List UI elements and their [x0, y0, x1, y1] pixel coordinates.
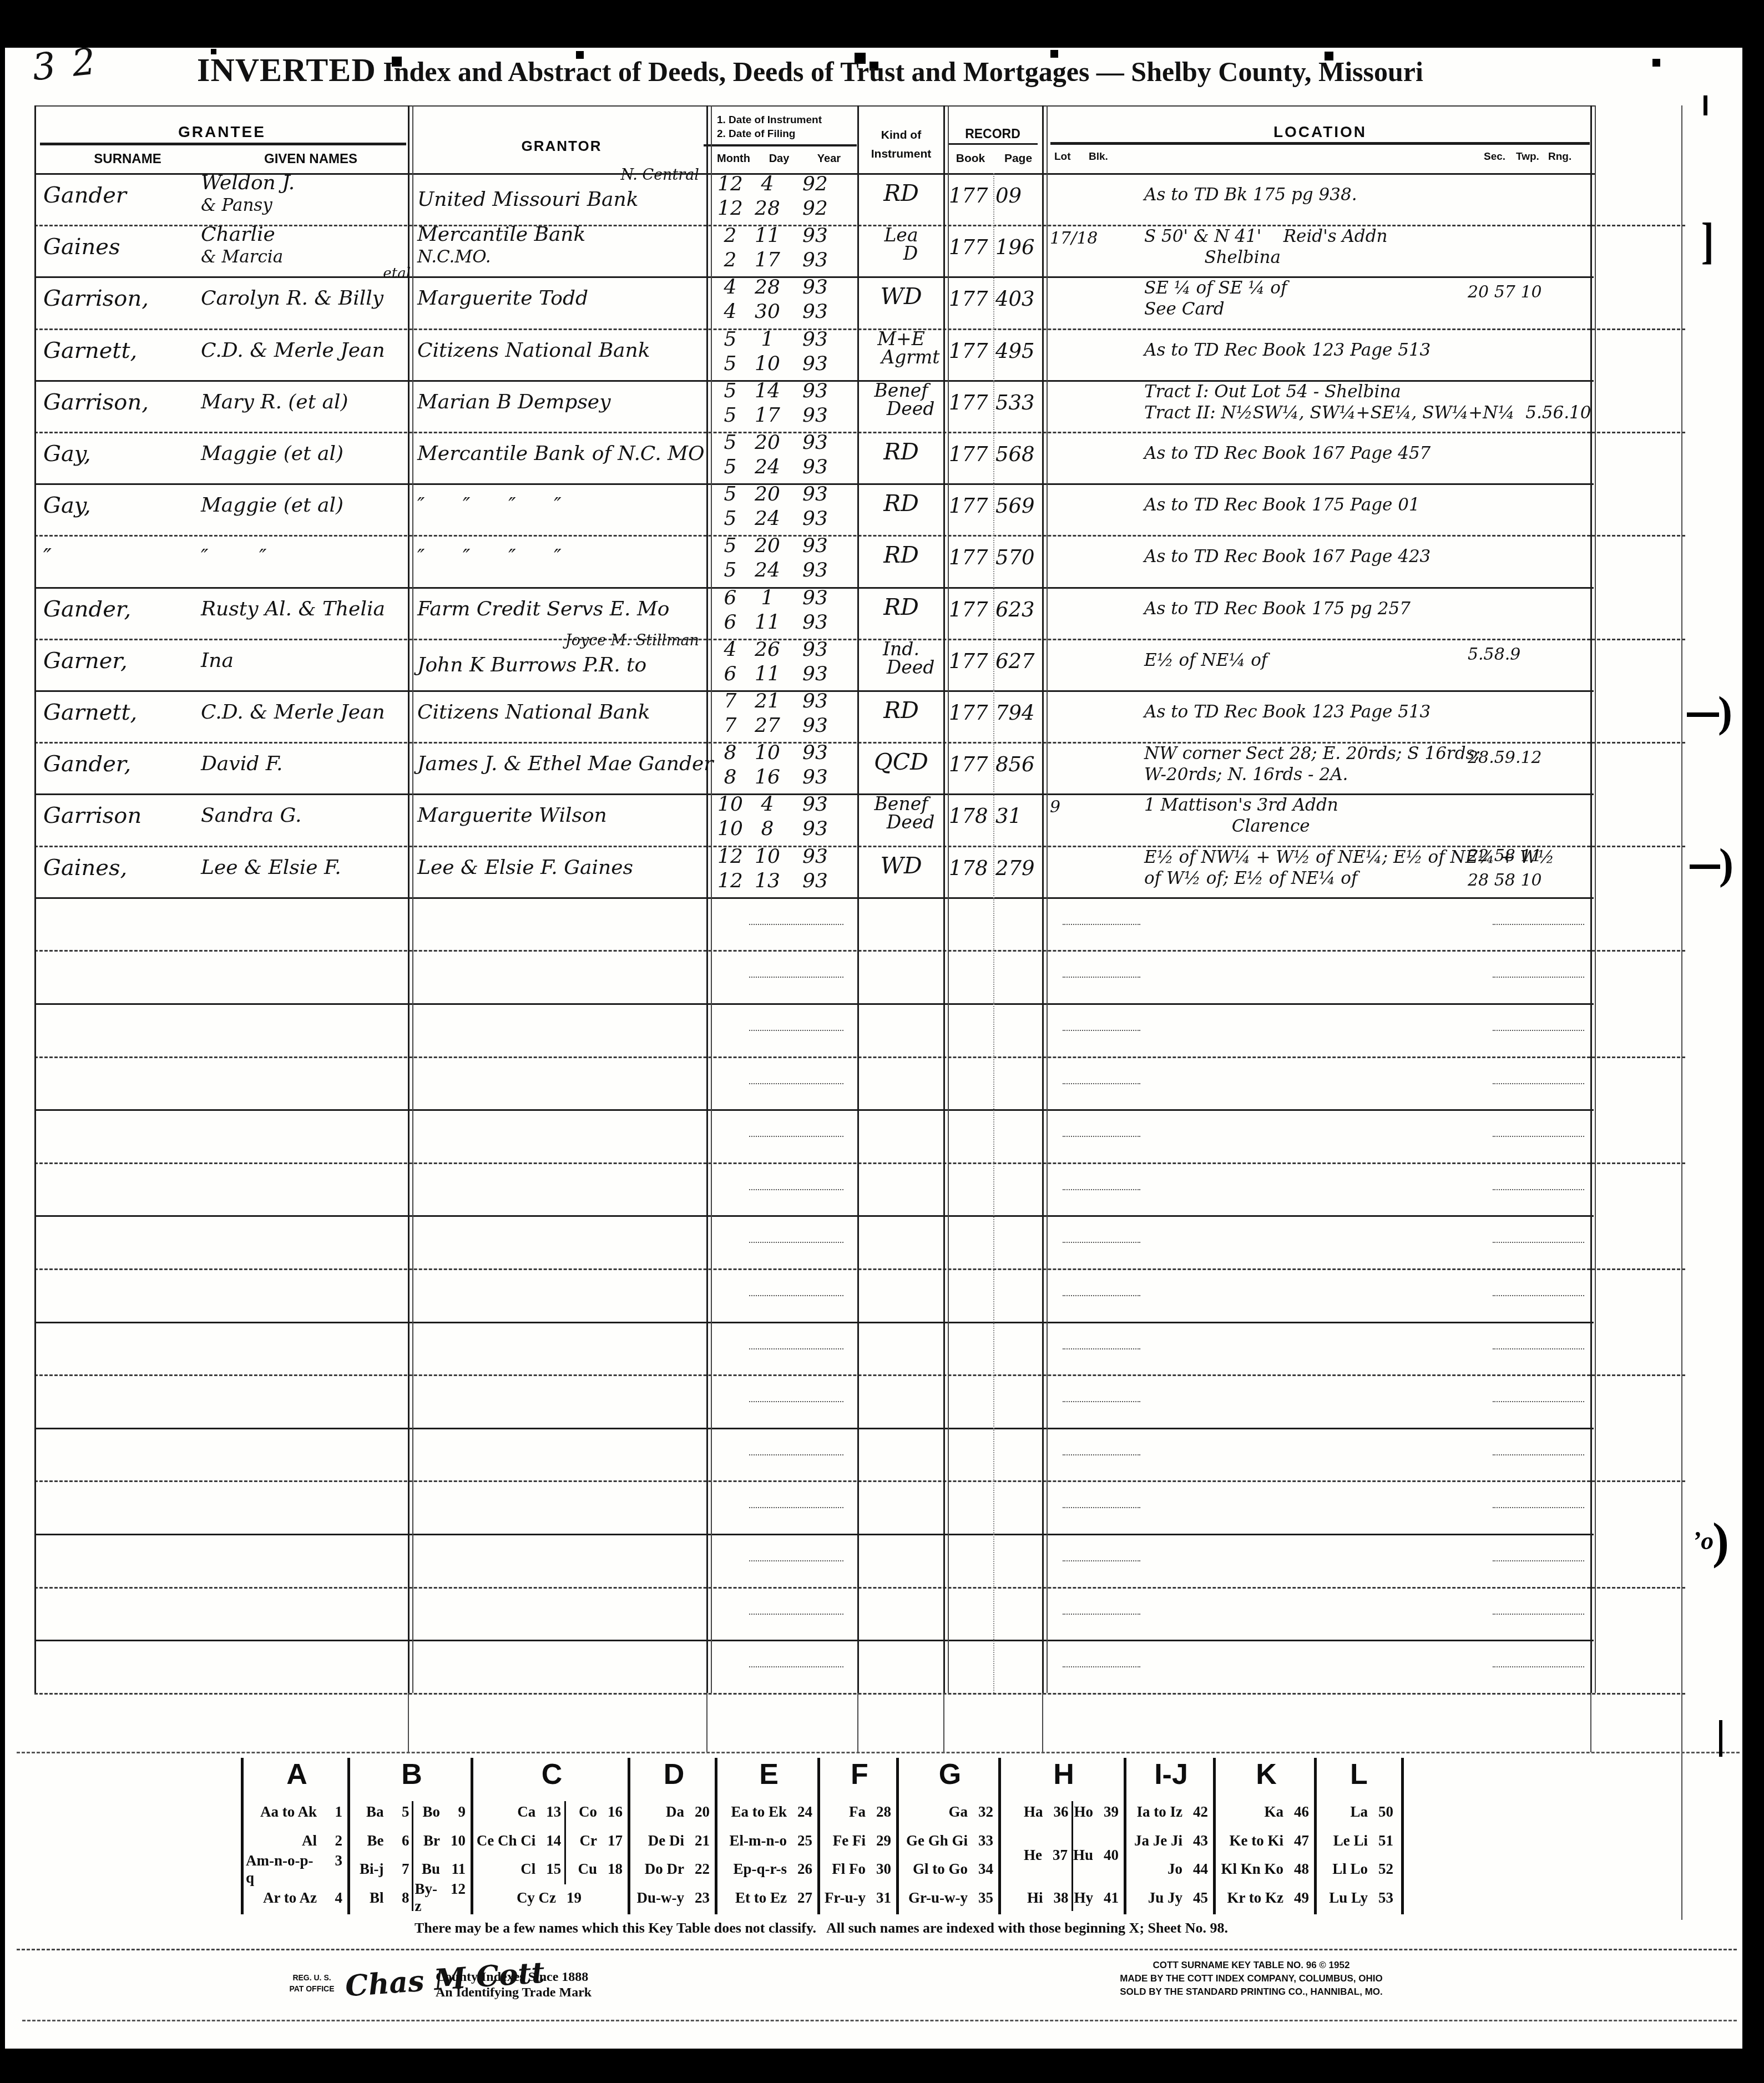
key-range: El-m-n-o — [730, 1832, 787, 1849]
key-range: Du-w-y — [637, 1889, 685, 1907]
key-number: 25 — [792, 1832, 812, 1849]
date-year: 93 — [787, 226, 843, 246]
key-number: 45 — [1188, 1889, 1208, 1907]
date-of-instrument: 51493 — [713, 381, 843, 401]
key-table-top-rule — [17, 1752, 1740, 1753]
kind-line: D — [879, 244, 942, 262]
header-year: Year — [806, 153, 852, 165]
sec-line: 5.58.9 — [1468, 646, 1590, 663]
key-range: Et to Ez — [735, 1889, 787, 1907]
key-number: 41 — [1099, 1889, 1119, 1907]
date-day: 8 — [747, 819, 787, 839]
key-table-cell: Am-n-o-p-q3 — [246, 1852, 348, 1887]
key-table-cell: Bu11 — [415, 1860, 471, 1878]
row-leader-dots — [1493, 977, 1584, 978]
grantor-line: Farm Credit Servs E. Mo — [417, 587, 707, 619]
key-table-letter: L — [1317, 1758, 1401, 1799]
record-book: 178 — [949, 793, 992, 826]
ledger-entry-row: GainesCharlie& MarciaMercantile BankN.C.… — [0, 225, 1764, 277]
kind-line: Benef — [860, 380, 942, 400]
date-year: 93 — [787, 536, 843, 556]
date-of-instrument: 81093 — [713, 743, 843, 763]
grantor-line: N.C.MO. — [417, 249, 707, 266]
location-cell: As to TD Rec Book 175 Page 01 — [1144, 483, 1477, 514]
row-leader-dots — [1063, 977, 1140, 978]
date-day: 28 — [747, 277, 787, 297]
location-line: of W½ of; E½ of NE¼ of — [1144, 870, 1477, 887]
key-table-subdivider — [1071, 1801, 1073, 1911]
key-table-cell: Du-w-y23 — [633, 1889, 715, 1907]
row-leader-dots — [1063, 1348, 1140, 1349]
key-table-cell: Ll Lo52 — [1319, 1860, 1399, 1878]
key-range: Fa — [849, 1803, 866, 1821]
grantor-name: Mercantile BankN.C.MO. — [417, 225, 707, 266]
key-table-cell: Ea to Ek24 — [720, 1803, 818, 1821]
key-table-row: Fl Fo30 — [822, 1856, 897, 1882]
date-year: 93 — [787, 302, 843, 322]
key-table-row: Fe Fi29 — [822, 1828, 897, 1854]
grantee-given-names: Lee & Elsie F. — [201, 846, 407, 878]
date-year: 93 — [787, 847, 843, 867]
key-number: 5 — [390, 1803, 410, 1821]
header-book: Book — [949, 152, 992, 165]
ledger-entry-row: GanderWeldon J.& PansyN. CentralUnited M… — [0, 173, 1764, 225]
date-day: 16 — [747, 767, 787, 787]
tm-line1: County Indexes Since 1888 — [436, 1970, 588, 1985]
key-range: Kl Kn Ko — [1221, 1860, 1283, 1878]
key-number: 43 — [1188, 1832, 1208, 1849]
kind-of-instrument: M+EAgrmt — [860, 328, 942, 366]
grantor-name: Citizens National Bank — [417, 690, 707, 722]
date-month: 10 — [713, 819, 747, 839]
date-day: 1 — [747, 588, 787, 608]
key-table-cell: Ce Ch Ci14 — [476, 1832, 567, 1849]
date-month: 4 — [713, 302, 747, 322]
key-range: Fl Fo — [832, 1860, 866, 1878]
kind-line: Deed — [879, 658, 942, 676]
printer-line2: MADE BY THE COTT INDEX COMPANY, COLUMBUS… — [1079, 1973, 1423, 1984]
grantee-given-line: David F. — [201, 742, 407, 774]
kind-line: Deed — [879, 813, 942, 831]
date-day: 4 — [747, 795, 787, 815]
reg-line2: PAT OFFICE — [284, 1984, 340, 1993]
location-line: See Card — [1144, 301, 1477, 318]
row-leader-dots — [1063, 1030, 1140, 1031]
key-table-row: Et to Ez27 — [720, 1885, 818, 1911]
header-page: Page — [997, 152, 1040, 165]
key-table-cell: Bl8 — [352, 1889, 415, 1907]
grantee-surname: Garrison, — [43, 276, 201, 310]
date-month: 7 — [713, 691, 747, 711]
date-day: 27 — [747, 716, 787, 736]
key-table-subdivider — [412, 1801, 413, 1911]
page-title-emphasis: INVERTED — [197, 52, 376, 88]
key-table-cell: Hu40 — [1073, 1847, 1124, 1864]
key-table-subdivider — [564, 1801, 566, 1884]
key-table-cell: Ba5 — [352, 1803, 415, 1821]
date-day: 4 — [747, 174, 787, 194]
grantee-given-names: Maggie (et al) — [201, 483, 407, 515]
key-range: Ce Ch Ci — [477, 1832, 536, 1849]
key-table-row: La50 — [1319, 1799, 1399, 1825]
date-of-filing: 52493 — [713, 560, 843, 580]
grantee-given-line: Lee & Elsie F. — [201, 846, 407, 878]
kind-line: RD — [860, 432, 942, 463]
row-leader-dots — [749, 1614, 843, 1615]
date-year: 93 — [787, 871, 843, 891]
key-number: 35 — [973, 1889, 993, 1907]
key-number: 13 — [541, 1803, 561, 1821]
key-number: 14 — [541, 1832, 561, 1849]
row-leader-dots — [1493, 1348, 1584, 1349]
date-day: 10 — [747, 354, 787, 374]
kind-of-instrument: RD — [860, 432, 942, 463]
location-cell: 1 Mattison's 3rd Addn Clarence — [1144, 793, 1477, 835]
key-number: 6 — [390, 1832, 410, 1849]
date-of-filing: 52493 — [713, 457, 843, 477]
key-number: 16 — [603, 1803, 623, 1821]
key-range: Jo — [1167, 1860, 1182, 1878]
scan-edge-top — [0, 0, 1764, 48]
key-table-cell: Ho39 — [1074, 1803, 1124, 1821]
row-leader-dots — [749, 1560, 843, 1561]
date-of-instrument: 12492 — [713, 174, 843, 194]
date-of-instrument: 10493 — [713, 795, 843, 815]
page-title-rest: Index and Abstract of Deeds, Deeds of Tr… — [376, 56, 1423, 87]
row-leader-dots — [1063, 1666, 1140, 1667]
date-month: 8 — [713, 767, 747, 787]
date-of-filing: 21793 — [713, 250, 843, 270]
key-table-row: Ha36Ho39 — [1003, 1799, 1124, 1825]
key-range: Hu — [1073, 1847, 1093, 1864]
row-leader-dots — [1493, 1614, 1584, 1615]
kind-line: Deed — [879, 400, 942, 418]
kind-line: Benef — [860, 793, 942, 813]
kind-of-instrument: WD — [860, 846, 942, 877]
key-number: 10 — [446, 1832, 466, 1849]
location-line: NW corner Sect 28; E. 20rds; S 16rds; — [1144, 745, 1477, 762]
ink-mark — [1687, 712, 1719, 717]
date-day: 10 — [747, 847, 787, 867]
ledger-entry-row: Garnett,C.D. & Merle JeanCitizens Nation… — [0, 328, 1764, 381]
key-table-letter: A — [244, 1758, 350, 1799]
location-line: As to TD Rec Book 123 Page 513 — [1144, 342, 1477, 359]
sec-line: 20 57 10 — [1468, 284, 1590, 301]
ledger-entry-row: Garrison,Mary R. (et al)Marian B Dempsey… — [0, 380, 1764, 432]
grantor-above-note: Joyce M. Stillman — [417, 633, 699, 648]
key-table-row: Ge Gh Gi33 — [901, 1828, 999, 1854]
kind-of-instrument: RD — [860, 690, 942, 722]
key-table-row: Hi38Hy41 — [1003, 1885, 1124, 1911]
key-number: 29 — [871, 1832, 891, 1849]
key-table-column: DDa20De Di21Do Dr22Du-w-y23 — [628, 1758, 717, 1914]
header-lot: Lot — [1054, 151, 1071, 163]
grantee-given-names: Maggie (et al) — [201, 432, 407, 464]
key-table-row: Ga32 — [901, 1799, 999, 1825]
grantor-name: ″ ″ ″ ″ — [417, 535, 707, 567]
location-cell: As to TD Rec Book 175 pg 257 — [1144, 587, 1477, 618]
key-range: Ja Je Ji — [1134, 1832, 1182, 1849]
key-table-letter: I-J — [1126, 1758, 1216, 1799]
key-table-rows: Ha36Ho39He37Hu40Hi38Hy41 — [1001, 1799, 1126, 1911]
key-table-row: Ar to Az4 — [246, 1885, 348, 1911]
key-number: 4 — [322, 1889, 342, 1907]
date-day: 20 — [747, 484, 787, 504]
location-cell: SE ¼ of SE ¼ ofSee Card — [1144, 276, 1477, 318]
key-table-row: Du-w-y23 — [633, 1885, 715, 1911]
row-rule — [34, 1268, 1685, 1270]
location-cell: As to TD Rec Book 123 Page 513 — [1144, 328, 1477, 359]
location-line: S 50' & N 41' Reid's Addn — [1144, 228, 1477, 245]
date-of-instrument: 21193 — [713, 226, 843, 246]
row-leader-dots — [749, 1454, 843, 1455]
key-table-rows: Fa28Fe Fi29Fl Fo30Fr-u-y31 — [820, 1799, 899, 1911]
location-cell: Tract I: Out Lot 54 - ShelbinaTract II: … — [1144, 380, 1477, 422]
grantee-given-line: Ina — [201, 639, 407, 671]
date-month: 4 — [713, 640, 747, 660]
kind-of-instrument: RD — [860, 173, 942, 205]
date-month: 7 — [713, 716, 747, 736]
footer-rule-top — [17, 1949, 1737, 1950]
date-year: 93 — [787, 588, 843, 608]
date-year: 93 — [787, 767, 843, 787]
key-number: 22 — [690, 1860, 710, 1878]
date-day: 1 — [747, 330, 787, 350]
date-month: 5 — [713, 484, 747, 504]
date-month: 12 — [713, 199, 747, 219]
location-cell: NW corner Sect 28; E. 20rds; S 16rds;W-2… — [1144, 742, 1477, 783]
grantor-line: Citizens National Bank — [417, 690, 707, 722]
record-page: 403 — [995, 276, 1042, 309]
row-leader-dots — [1063, 1560, 1140, 1561]
key-table-row: Ea to Ek24 — [720, 1799, 818, 1825]
kind-of-instrument: BenefDeed — [860, 793, 942, 831]
key-table-cell: Kr to Kz49 — [1218, 1889, 1315, 1907]
key-range: Ha — [1024, 1803, 1043, 1821]
date-year: 93 — [787, 795, 843, 815]
key-range: Cy Cz — [517, 1889, 556, 1907]
location-line: Clarence — [1144, 818, 1477, 835]
key-range: Ge Gh Gi — [906, 1832, 968, 1849]
key-number: 39 — [1099, 1803, 1119, 1821]
grantor-line: Marian B Dempsey — [417, 380, 707, 412]
date-day: 21 — [747, 691, 787, 711]
grantee-given-names: C.D. & Merle Jean — [201, 690, 407, 722]
key-table-cell: Aa to Ak1 — [246, 1803, 348, 1821]
record-page: 495 — [995, 328, 1042, 361]
key-number: 52 — [1373, 1860, 1393, 1878]
record-page: 856 — [995, 742, 1042, 775]
ledger-entry-row: Garner,InaJoyce M. StillmanJohn K Burrow… — [0, 639, 1764, 691]
date-year: 93 — [787, 433, 843, 453]
key-range: De Di — [648, 1832, 684, 1849]
row-rule — [34, 1693, 1685, 1695]
column-rule-stub — [1042, 1693, 1043, 1752]
record-book: 177 — [949, 535, 992, 568]
location-line: SE ¼ of SE ¼ of — [1144, 280, 1477, 297]
key-number: 34 — [973, 1860, 993, 1878]
key-table-cell: Ke to Ki47 — [1218, 1832, 1315, 1849]
date-of-instrument: 6193 — [713, 588, 843, 608]
grantor-name: N. CentralUnited Missouri Bank — [417, 173, 707, 210]
key-table-cell: Fa28 — [822, 1803, 897, 1821]
row-leader-dots — [1063, 1189, 1140, 1190]
key-table-cell: Be6 — [352, 1832, 415, 1849]
key-table-row: De Di21 — [633, 1828, 715, 1854]
date-year: 93 — [787, 716, 843, 736]
key-table-cell: Lu Ly53 — [1319, 1889, 1399, 1907]
key-table-row: Ca13Co16 — [476, 1799, 628, 1825]
date-year: 93 — [787, 330, 843, 350]
key-range: Ep-q-r-s — [733, 1860, 787, 1878]
grantee-given-line: Weldon J. — [201, 173, 407, 193]
ledger-entry-row: Gay,Maggie (et al)Mercantile Bank of N.C… — [0, 432, 1764, 484]
date-year: 93 — [787, 381, 843, 401]
grantor-line: Marguerite Todd — [417, 276, 707, 309]
record-book: 177 — [949, 328, 992, 361]
key-range: Ar to Az — [263, 1889, 317, 1907]
grantee-surname: Garnett, — [43, 690, 201, 724]
key-range: By-z — [415, 1880, 440, 1915]
key-table-row: Cy Cz19 — [476, 1885, 628, 1911]
row-rule — [34, 1162, 1685, 1164]
date-day: 13 — [747, 871, 787, 891]
key-table-row: Ja Je Ji43 — [1129, 1828, 1214, 1854]
record-page: 568 — [995, 432, 1042, 464]
record-page: 569 — [995, 483, 1042, 516]
date-year: 93 — [787, 484, 843, 504]
key-range: Ba — [366, 1803, 384, 1821]
kind-line: Ind. — [860, 639, 942, 658]
key-range: Ll Lo — [1332, 1860, 1368, 1878]
date-day: 11 — [747, 613, 787, 633]
row-leader-dots — [749, 1666, 843, 1667]
key-range: Br — [423, 1832, 440, 1849]
header-date-line2: 2. Date of Filing — [717, 128, 795, 140]
key-number: 11 — [446, 1860, 466, 1878]
kind-line: RD — [860, 535, 942, 567]
row-leader-dots — [1063, 1295, 1140, 1296]
grantor-name: Marguerite Todd — [417, 276, 707, 309]
grantor-name: ″ ″ ″ ″ — [417, 483, 707, 515]
ink-mark — [1719, 1720, 1722, 1757]
kind-line: RD — [860, 483, 942, 515]
row-rule — [34, 1109, 1594, 1111]
key-table-cell: Al2 — [246, 1832, 348, 1849]
date-month: 5 — [713, 457, 747, 477]
date-day: 30 — [747, 302, 787, 322]
key-number: 44 — [1188, 1860, 1208, 1878]
key-range: Gl to Go — [913, 1860, 968, 1878]
header-grantee: GRANTEE — [34, 123, 410, 141]
key-table-row: He37Hu40 — [1003, 1842, 1124, 1868]
grantor-line: Marguerite Wilson — [417, 793, 707, 826]
key-table-row: Aa to Ak1 — [246, 1799, 348, 1825]
ledger-entry-row: Gander,David F.James J. & Ethel Mae Gand… — [0, 742, 1764, 794]
row-leader-dots — [1493, 1030, 1584, 1031]
key-table-row: Da20 — [633, 1799, 715, 1825]
grantee-given-line: & Marcia — [201, 249, 407, 266]
key-range: Am-n-o-p-q — [246, 1852, 317, 1887]
key-table-cell: Co16 — [567, 1803, 628, 1821]
row-rule — [34, 1056, 1685, 1058]
date-box-rule — [704, 144, 857, 146]
date-of-filing: 61193 — [713, 613, 843, 633]
ledger-entry-row: Garnett,C.D. & Merle JeanCitizens Nation… — [0, 690, 1764, 742]
date-year: 93 — [787, 613, 843, 633]
column-rule-stub — [706, 1693, 707, 1752]
ledger-entry-row: Garrison,etalCarolyn R. & BillyMarguerit… — [0, 276, 1764, 328]
date-month: 6 — [713, 664, 747, 684]
key-range: Bu — [422, 1860, 440, 1878]
key-table-letter: E — [717, 1758, 820, 1799]
grantee-surname: Gay, — [43, 432, 201, 465]
key-number: 24 — [792, 1803, 812, 1821]
key-table-row: Fr-u-y31 — [822, 1885, 897, 1911]
key-range: Aa to Ak — [260, 1803, 317, 1821]
record-book: 177 — [949, 173, 992, 206]
grantee-underline — [40, 143, 406, 145]
date-of-filing: 122892 — [713, 199, 843, 219]
key-table-rows: Da20De Di21Do Dr22Du-w-y23 — [630, 1799, 717, 1911]
key-number: 18 — [603, 1860, 623, 1878]
key-table-row: Ju Jy45 — [1129, 1885, 1214, 1911]
sec-line: 28 58 10 — [1468, 872, 1590, 889]
row-rule — [34, 1534, 1594, 1535]
key-number: 42 — [1188, 1803, 1208, 1821]
key-table-cell: Hi38 — [1003, 1889, 1074, 1907]
date-month: 5 — [713, 560, 747, 580]
key-number: 27 — [792, 1889, 812, 1907]
ink-mark — [1690, 864, 1720, 869]
row-leader-dots — [1493, 1083, 1584, 1084]
date-month: 5 — [713, 406, 747, 426]
ledger-entry-row: Gay,Maggie (et al)″ ″ ″ ″5209352493RD177… — [0, 483, 1764, 535]
ink-mark: ] — [1701, 211, 1714, 270]
row-leader-dots — [1493, 1560, 1584, 1561]
date-day: 20 — [747, 433, 787, 453]
grantee-surname: Garrison, — [43, 380, 201, 413]
row-rule — [34, 950, 1685, 952]
grantor-name: Farm Credit Servs E. Mo — [417, 587, 707, 619]
grantee-given-names: Sandra G. — [201, 793, 407, 826]
table-top-rule — [34, 105, 1595, 107]
row-leader-dots — [749, 1401, 843, 1402]
key-table-column: EEa to Ek24El-m-n-o25Ep-q-r-s26Et to Ez2… — [715, 1758, 820, 1914]
grantee-surname: Gaines, — [43, 846, 201, 879]
date-of-filing: 51793 — [713, 406, 843, 426]
key-table-letter: G — [899, 1758, 1001, 1799]
key-table-cell: Br10 — [415, 1832, 471, 1849]
header-blk: Blk. — [1089, 151, 1108, 163]
kind-line: RD — [860, 690, 942, 722]
ink-mark: ) — [1718, 687, 1732, 737]
location-line: 1 Mattison's 3rd Addn — [1144, 797, 1477, 814]
row-leader-dots — [749, 1242, 843, 1243]
grantee-etal-note: etal — [383, 266, 411, 281]
row-rule — [34, 1640, 1594, 1641]
key-number: 8 — [390, 1889, 410, 1907]
date-day: 24 — [747, 509, 787, 529]
grantor-name: Marguerite Wilson — [417, 793, 707, 826]
record-page: 533 — [995, 380, 1042, 413]
key-number: 31 — [871, 1889, 891, 1907]
key-table-letter: K — [1216, 1758, 1317, 1799]
kind-line: WD — [860, 276, 942, 308]
grantee-given-line: C.D. & Merle Jean — [201, 690, 407, 722]
date-day: 14 — [747, 381, 787, 401]
grantee-given-names: David F. — [201, 742, 407, 774]
